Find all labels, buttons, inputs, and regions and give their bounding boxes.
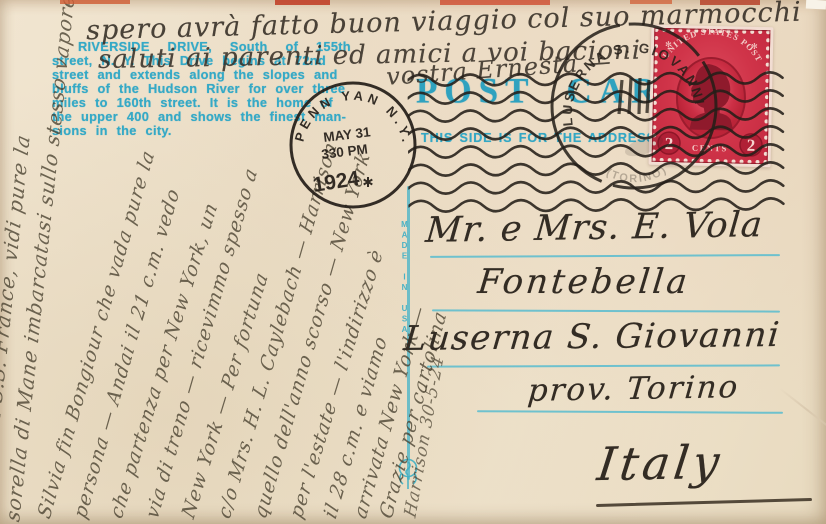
scan-artifact [60, 0, 130, 4]
postmark-date-bars [619, 78, 649, 114]
postmark-year: 1924 [311, 167, 361, 197]
scan-artifact [275, 0, 330, 5]
star-icon [364, 177, 373, 187]
scan-artifact [440, 0, 550, 5]
svg-text:(TORINO): (TORINO) [604, 164, 670, 186]
scan-artifact [806, 0, 826, 10]
ornament-star-icon: ✻ [751, 42, 758, 51]
svg-text:LUSERNA S. GIOVANNI: LUSERNA S. GIOVANNI [560, 40, 708, 127]
postmark-us: PENN YAN N.Y. MAY 31 330 PM 1924 [286, 78, 420, 212]
postmark-bottom-text: (TORINO) [604, 164, 670, 186]
address-country: Italy [595, 435, 727, 491]
address-street: Fontebella [476, 262, 692, 302]
address-town: Luserna S. Giovanni [402, 315, 782, 359]
address-rule-line [477, 410, 783, 414]
postmark-city: LUSERNA S. GIOVANNI [560, 40, 708, 127]
address-province: prov. Torino [526, 369, 741, 409]
scan-artifact [700, 0, 760, 5]
address-rule-line [427, 364, 780, 367]
address-rule-line [432, 309, 780, 312]
postmark-italy: LUSERNA S. GIOVANNI (TORINO) [548, 18, 720, 198]
pen-underline [596, 498, 812, 507]
postcard-back: RIVERSIDE DRIVE, South of 155th street, … [0, 0, 826, 524]
scan-artifact [630, 0, 672, 4]
address-rule-line [430, 254, 780, 258]
paper-crease [779, 388, 826, 445]
